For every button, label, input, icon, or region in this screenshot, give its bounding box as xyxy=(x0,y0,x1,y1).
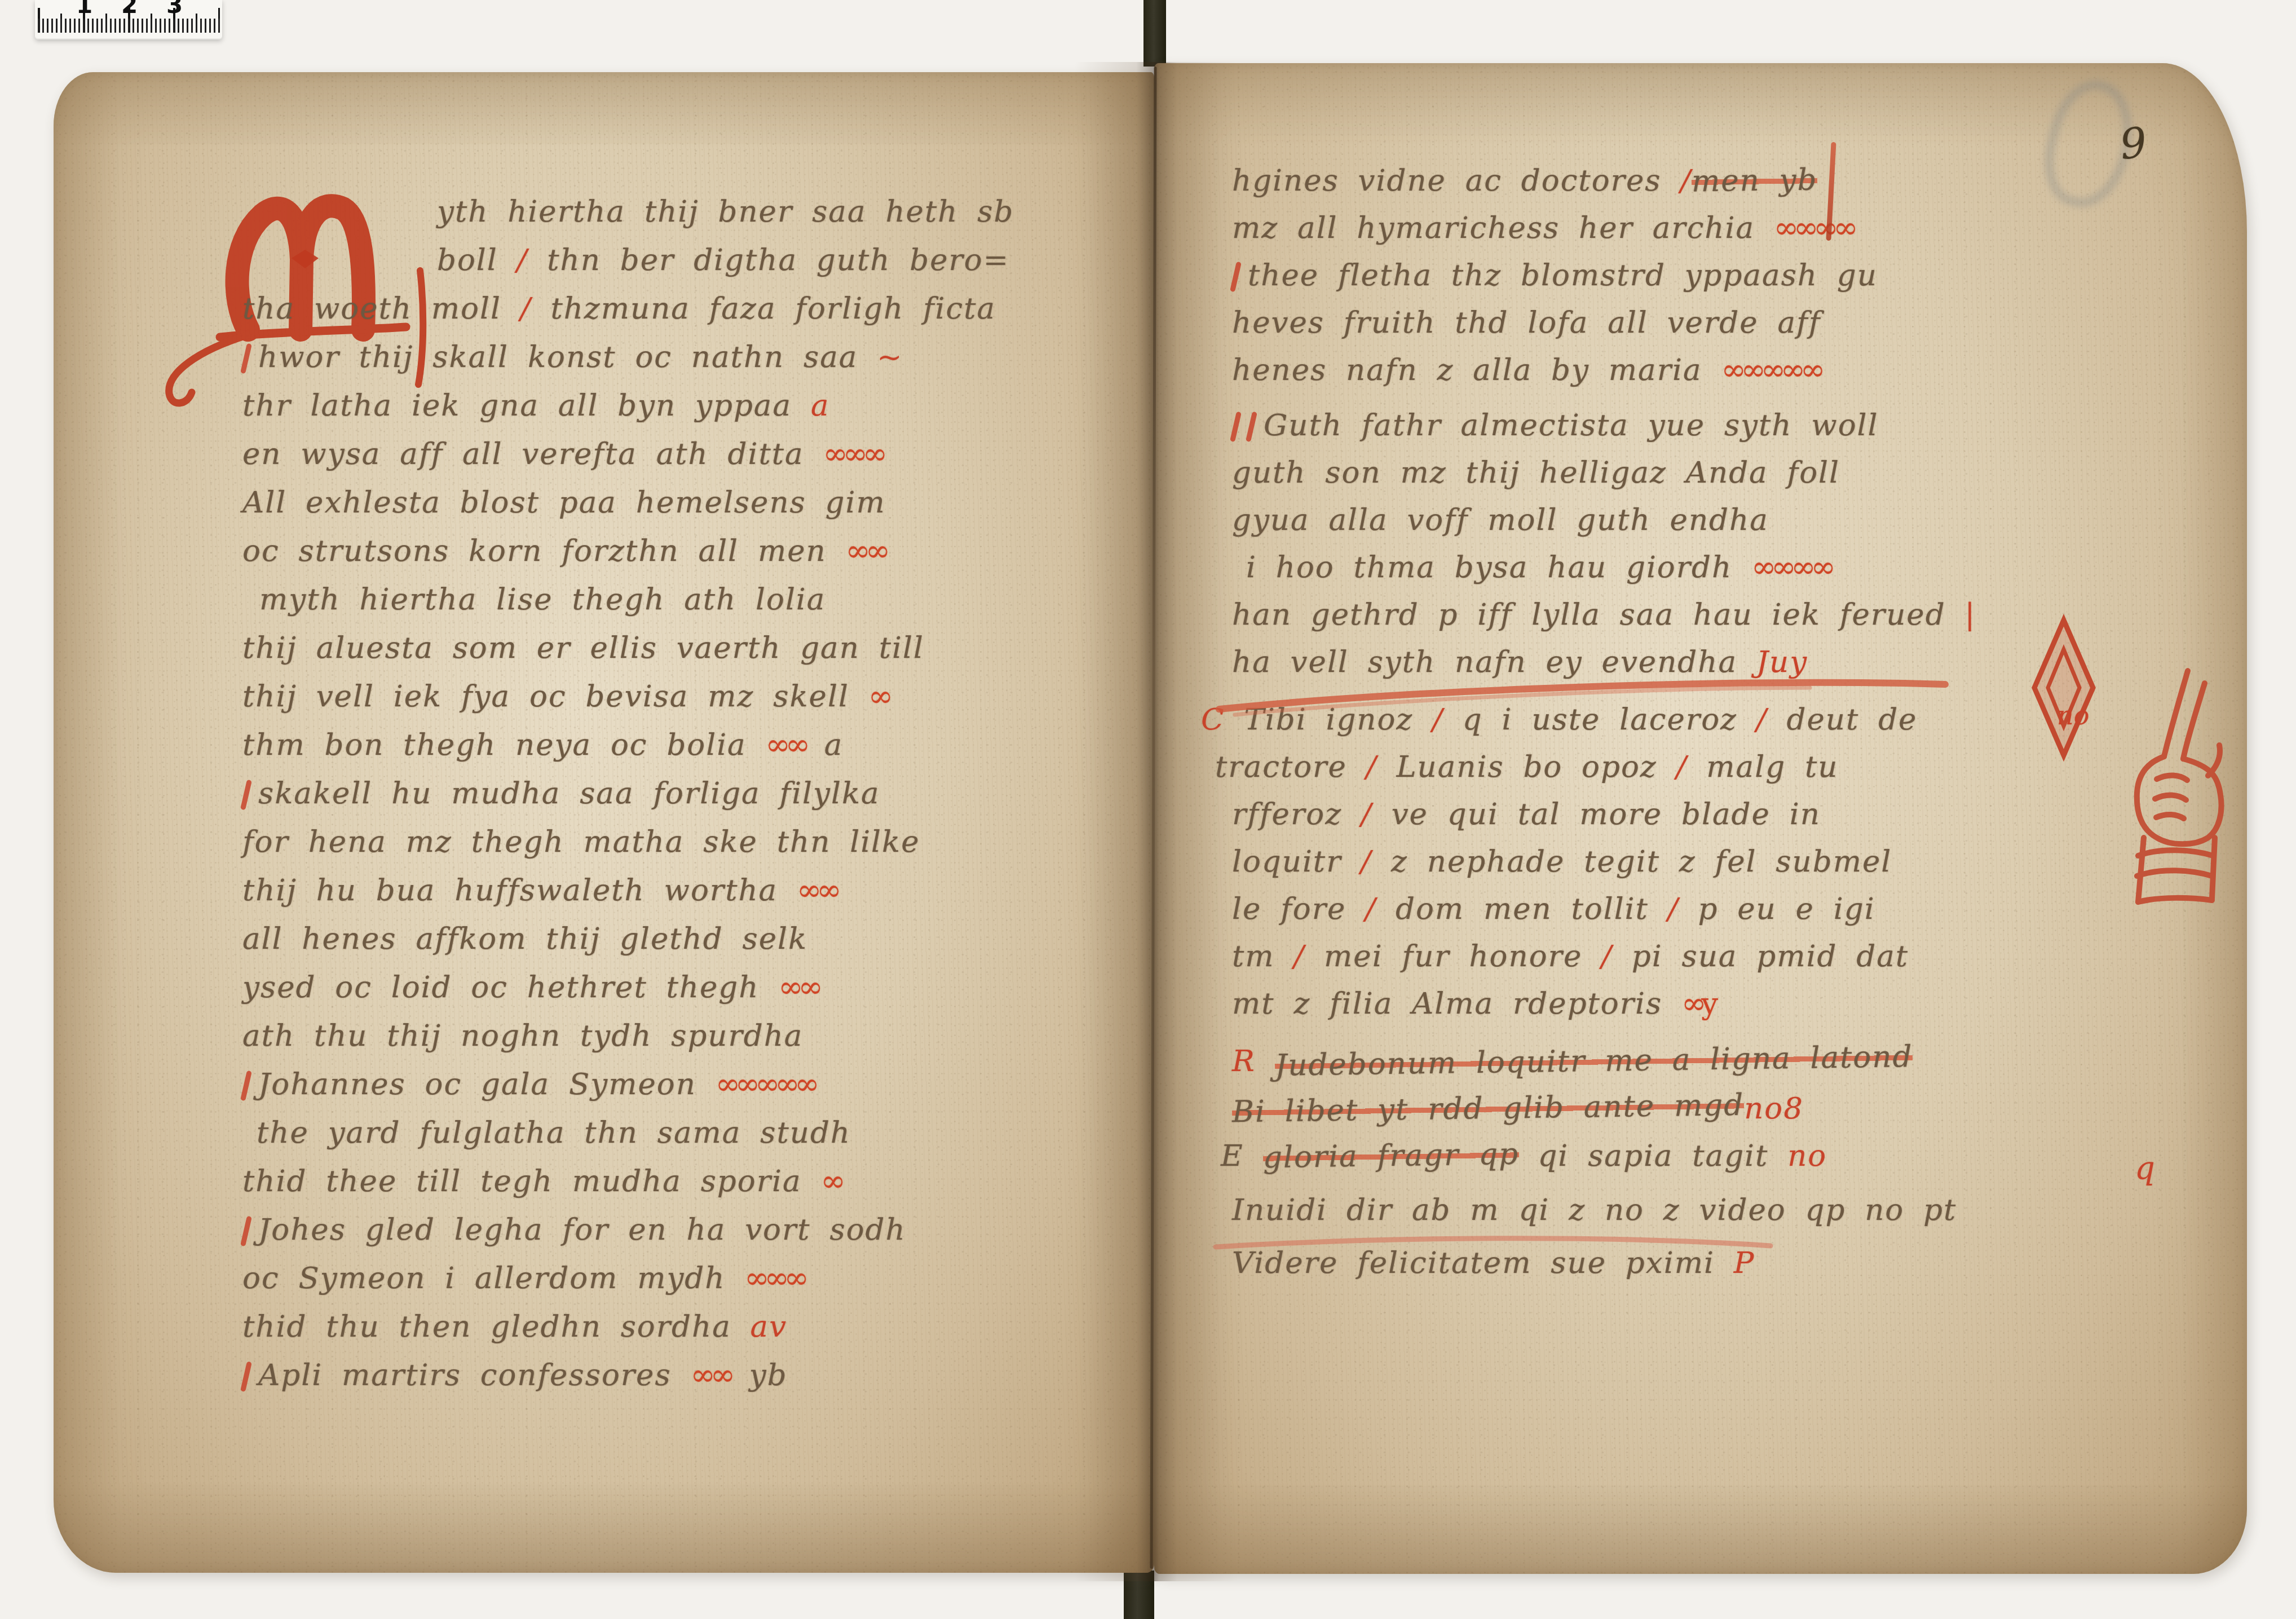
manuscript-line: hwor thij skall konst oc nathn saa ~ xyxy=(242,340,1150,388)
manuscript-line: Bi libet yt rdd glib ante mgd no8 xyxy=(1232,1091,2117,1139)
rubric-tick xyxy=(1246,412,1257,443)
manuscript-line: henes nafn z alla by maria ∞∞∞∞∞ xyxy=(1232,353,2117,400)
text-segment: / xyxy=(1668,892,1679,926)
text-segment: / xyxy=(1601,939,1613,974)
left-page-text: yth hiertha thij bner saa heth sbboll / … xyxy=(242,194,1150,1406)
text-segment: / xyxy=(520,291,532,326)
text-segment: dom men tollit xyxy=(1376,892,1668,926)
text-segment: yth hiertha thij bner saa heth sb xyxy=(437,194,1014,229)
text-segment: tractore xyxy=(1215,750,1366,784)
text-segment: henes nafn z alla by maria xyxy=(1232,353,1721,387)
manuscript-line: yth hiertha thij bner saa heth sb xyxy=(437,194,1150,243)
right-page-text: hgines vidne ac doctores / men ybmz all … xyxy=(1232,163,2117,1293)
text-segment: a xyxy=(805,728,843,762)
ruler-number: 3 xyxy=(166,0,180,19)
line-filler: ∞∞∞∞ xyxy=(1751,550,1831,585)
text-segment: thij vell iek fya oc bevisa mz skell xyxy=(242,679,868,714)
text-segment: Guth fathr almectista yue syth woll xyxy=(1264,408,1879,443)
text-segment: qi sapia tagit xyxy=(1519,1139,1788,1173)
manuscript-line: loquitr / z nephade tegit z fel submel xyxy=(1232,844,2117,892)
text-segment: no8 xyxy=(1744,1091,1804,1126)
manuscript-line: thij vell iek fya oc bevisa mz skell ∞ xyxy=(242,679,1150,728)
manuscript-line: thm bon thegh neya oc bolia ∞∞ a xyxy=(242,728,1150,776)
text-segment: heves fruith thd lofa all verde aff xyxy=(1232,306,1821,340)
manuscript-line: all henes affkom thij glethd selk xyxy=(242,922,1150,970)
text-segment: Apli martirs confessores xyxy=(258,1358,691,1392)
text-segment: ve qui tal more blade in xyxy=(1372,797,1821,831)
text-segment: av xyxy=(750,1310,788,1344)
text-segment: / xyxy=(1361,797,1372,831)
text-segment: Luanis bo opoz xyxy=(1377,750,1676,784)
text-segment: hgines vidne ac doctores xyxy=(1232,163,1680,198)
manuscript-line: le fore / dom men tollit / p eu e igi xyxy=(1232,892,2117,939)
manuscript-line: thij aluesta som er ellis vaerth gan til… xyxy=(242,631,1150,679)
manuscript-line: the yard fulglatha thn sama studh xyxy=(257,1116,1150,1164)
text-segment: / xyxy=(1361,844,1372,879)
text-segment: ysed oc loid oc hethret thegh xyxy=(242,970,778,1005)
line-filler: ∞∞∞ xyxy=(823,437,882,471)
rubric-tick xyxy=(240,1071,252,1102)
manuscript-line: R Judebonum loquitr me a ligna latond xyxy=(1232,1044,2117,1091)
text-segment: le fore xyxy=(1232,892,1365,926)
manuscript-line: rfferoz / ve qui tal more blade in xyxy=(1232,797,2117,844)
manuscript-line: thee fletha thz blomstrd yppaash gu xyxy=(1232,258,2117,306)
text-segment: guth son mz thij helligaz Anda foll xyxy=(1232,455,1840,490)
rubric-tick xyxy=(240,343,252,374)
line-filler: ∞∞ xyxy=(778,970,818,1005)
text-segment: / xyxy=(1365,892,1376,926)
text-segment: hwor thij skall konst oc nathn saa xyxy=(258,340,877,374)
manuscript-line: tm / mei fur honore / pi sua pmid dat xyxy=(1232,939,2117,987)
margin-note-q: q xyxy=(2135,1150,2155,1187)
text-segment: mei fur honore xyxy=(1305,939,1601,974)
text-segment: / xyxy=(1676,750,1688,784)
line-filler: ∞ xyxy=(868,679,888,714)
manuscript-line: thr latha iek gna all byn yppaa a xyxy=(242,388,1150,437)
text-segment: thn ber digtha guth bero= xyxy=(528,243,1009,277)
line-filler: ∞∞∞ xyxy=(744,1261,803,1295)
manuscript-line: guth son mz thij helligaz Anda foll xyxy=(1232,455,2117,503)
text-segment: ath thu thij noghn tydh spurdha xyxy=(242,1019,803,1053)
rubric-tick xyxy=(240,1361,252,1392)
manuscript-line: E gloria fragr qp qi sapia tagit no xyxy=(1221,1139,2117,1186)
text-segment: myth hiertha lise thegh ath lolia xyxy=(259,582,825,617)
manuscript-line: Johannes oc gala Symeon ∞∞∞∞∞ xyxy=(242,1067,1150,1116)
text-segment: z nephade tegit z fel submel xyxy=(1372,844,1892,879)
text-segment: rfferoz xyxy=(1232,797,1361,831)
text-segment: Inuidi dir ab m qi z no z video qp no pt xyxy=(1232,1193,1957,1227)
manuscript-line: en wysa aff all verefta ath ditta ∞∞∞ xyxy=(242,437,1150,485)
line-filler: ∞y xyxy=(1681,987,1713,1021)
text-segment: Judebonum loquitr me a ligna latond xyxy=(1274,1039,1913,1083)
text-segment: Bi libet yt rdd glib ante mgd xyxy=(1232,1088,1745,1130)
text-segment: tm xyxy=(1232,939,1293,974)
text-segment: Johes gled legha for en ha vort sodh xyxy=(258,1213,906,1247)
text-segment: en wysa aff all verefta ath ditta xyxy=(242,437,823,471)
manuscript-line: hgines vidne ac doctores / men yb xyxy=(1232,163,2117,211)
manuscript-line: heves fruith thd lofa all verde aff xyxy=(1232,306,2117,353)
line-filler: ∞∞ xyxy=(691,1358,730,1392)
text-segment: thee fletha thz blomstrd yppaash gu xyxy=(1248,258,1878,293)
manuscript-line: ysed oc loid oc hethret thegh ∞∞ xyxy=(242,970,1150,1019)
text-segment: gyua alla voff moll guth endha xyxy=(1232,503,1769,537)
text-segment: no xyxy=(1787,1139,1827,1173)
text-segment: gloria fragr qp xyxy=(1262,1137,1519,1175)
text-segment: ~ xyxy=(877,340,903,374)
text-segment: E xyxy=(1221,1139,1263,1173)
text-segment: / xyxy=(1293,939,1305,974)
manicule-icon xyxy=(2103,660,2250,913)
text-segment: / xyxy=(1680,163,1692,198)
manuscript-line: oc strutsons korn forzthn all men ∞∞ xyxy=(242,534,1150,582)
manuscript-line: gyua alla voff moll guth endha xyxy=(1232,503,2117,550)
line-filler: ∞∞∞∞ xyxy=(1774,211,1853,245)
manuscript-line: thij hu bua huffswaleth wortha ∞∞ xyxy=(242,873,1150,922)
text-segment: p eu e igi xyxy=(1679,892,1875,926)
manuscript-line: tractore / Luanis bo opoz / malg tu xyxy=(1215,750,2117,797)
text-segment: Johannes oc gala Symeon xyxy=(258,1067,716,1102)
text-segment: | xyxy=(1964,598,1976,632)
manuscript-line: skakell hu mudha saa forliga filylka xyxy=(242,776,1150,825)
text-segment: thij hu bua huffswaleth wortha xyxy=(242,873,797,908)
manuscript-line: oc Symeon i allerdom mydh ∞∞∞ xyxy=(242,1261,1150,1310)
text-segment: thid thu then gledhn sordha xyxy=(242,1310,750,1344)
line-filler: ∞∞∞∞∞ xyxy=(716,1067,815,1102)
text-segment: yb xyxy=(730,1358,788,1392)
rubric-tick xyxy=(240,780,252,811)
text-segment: men yb xyxy=(1692,162,1818,198)
manuscript-line: mz all hymarichess her archia ∞∞∞∞ xyxy=(1232,211,2117,258)
rubric-tick xyxy=(1230,262,1242,293)
manuscript-line: ath thu thij noghn tydh spurdha xyxy=(242,1019,1150,1067)
manuscript-line: boll / thn ber digtha guth bero= xyxy=(437,243,1150,291)
text-segment: thij aluesta som er ellis vaerth gan til… xyxy=(242,631,924,665)
line-filler: ∞∞∞∞∞ xyxy=(1721,353,1820,387)
binding-strap-top xyxy=(1143,0,1166,67)
manuscript-line: han gethrd p iff lylla saa hau iek ferue… xyxy=(1232,598,2117,645)
ruler-number: 2 xyxy=(121,0,135,19)
line-filler: ∞ xyxy=(820,1164,840,1198)
rubric-tick xyxy=(240,1216,252,1247)
line-filler: ∞∞ xyxy=(766,728,805,762)
text-segment: malg tu xyxy=(1688,750,1839,784)
manuscript-line: Guth fathr almectista yue syth woll xyxy=(1232,408,2117,455)
ruler-mm-ticks xyxy=(38,19,220,33)
rubric-underline xyxy=(1212,1229,1782,1263)
folio-number: 9 xyxy=(2118,118,2149,169)
text-segment: oc strutsons korn forzthn all men xyxy=(242,534,845,568)
text-segment: thr latha iek gna all byn yppaa xyxy=(242,388,811,423)
binding-strap-bottom xyxy=(1124,1571,1154,1619)
text-segment: mz all hymarichess her archia xyxy=(1232,211,1774,245)
ruler-number: 1 xyxy=(76,0,90,19)
text-segment: All exhlesta blost paa hemelsens gim xyxy=(242,485,886,520)
text-segment: / xyxy=(517,243,528,277)
manuscript-line: for hena mz thegh matha ske thn lilke xyxy=(242,825,1150,873)
manuscript-line: myth hiertha lise thegh ath lolia xyxy=(259,582,1150,631)
text-segment: oc Symeon i allerdom mydh xyxy=(242,1261,744,1295)
text-segment: for hena mz thegh matha ske thn lilke xyxy=(242,825,920,859)
manuscript-line: i hoo thma bysa hau giordh ∞∞∞∞ xyxy=(1246,550,2117,598)
text-segment: thm bon thegh neya oc bolia xyxy=(242,728,766,762)
manuscript-line: thid thee till tegh mudha sporia ∞ xyxy=(242,1164,1150,1213)
manuscript-line: thid thu then gledhn sordha av xyxy=(242,1310,1150,1358)
text-segment: i hoo thma bysa hau giordh xyxy=(1246,550,1751,585)
text-segment: boll xyxy=(437,243,517,277)
text-segment: a xyxy=(811,388,830,423)
text-segment: thid thee till tegh mudha sporia xyxy=(242,1164,820,1198)
text-segment: the yard fulglatha thn sama studh xyxy=(257,1116,851,1150)
text-segment: pi sua pmid dat xyxy=(1613,939,1909,974)
scale-ruler: 1 2 3 xyxy=(35,0,222,39)
text-segment: all henes affkom thij glethd selk xyxy=(242,922,807,956)
text-segment: mt z filia Alma rdeptoris xyxy=(1232,987,1681,1021)
text-segment: tha woeth moll xyxy=(242,291,520,326)
manuscript-line: Johes gled legha for en ha vort sodh xyxy=(242,1213,1150,1261)
rubric-lozenge-icon xyxy=(2030,614,2098,761)
line-filler: ∞∞ xyxy=(845,534,885,568)
text-segment: loquitr xyxy=(1232,844,1361,879)
manuscript-photo: 1 2 3 9 yth hiertha thij bner saa heth s… xyxy=(0,0,2296,1619)
text-segment: / xyxy=(1366,750,1377,784)
manuscript-line: All exhlesta blost paa hemelsens gim xyxy=(242,485,1150,534)
text-segment: skakell hu mudha saa forliga filylka xyxy=(258,776,880,811)
text-segment: R xyxy=(1232,1044,1275,1078)
manuscript-line: mt z filia Alma rdeptoris ∞y xyxy=(1232,987,2117,1034)
rubric-underline xyxy=(1212,665,1968,722)
margin-note-no: no xyxy=(2057,700,2089,731)
rubric-tick xyxy=(1230,412,1242,443)
line-filler: ∞∞ xyxy=(797,873,836,908)
manuscript-line: tha woeth moll / thzmuna faza forligh fi… xyxy=(242,291,1150,340)
text-segment: thzmuna faza forligh ficta xyxy=(532,291,996,326)
manuscript-line: Apli martirs confessores ∞∞ yb xyxy=(242,1358,1150,1406)
text-segment: han gethrd p iff lylla saa hau iek ferue… xyxy=(1232,598,1964,632)
